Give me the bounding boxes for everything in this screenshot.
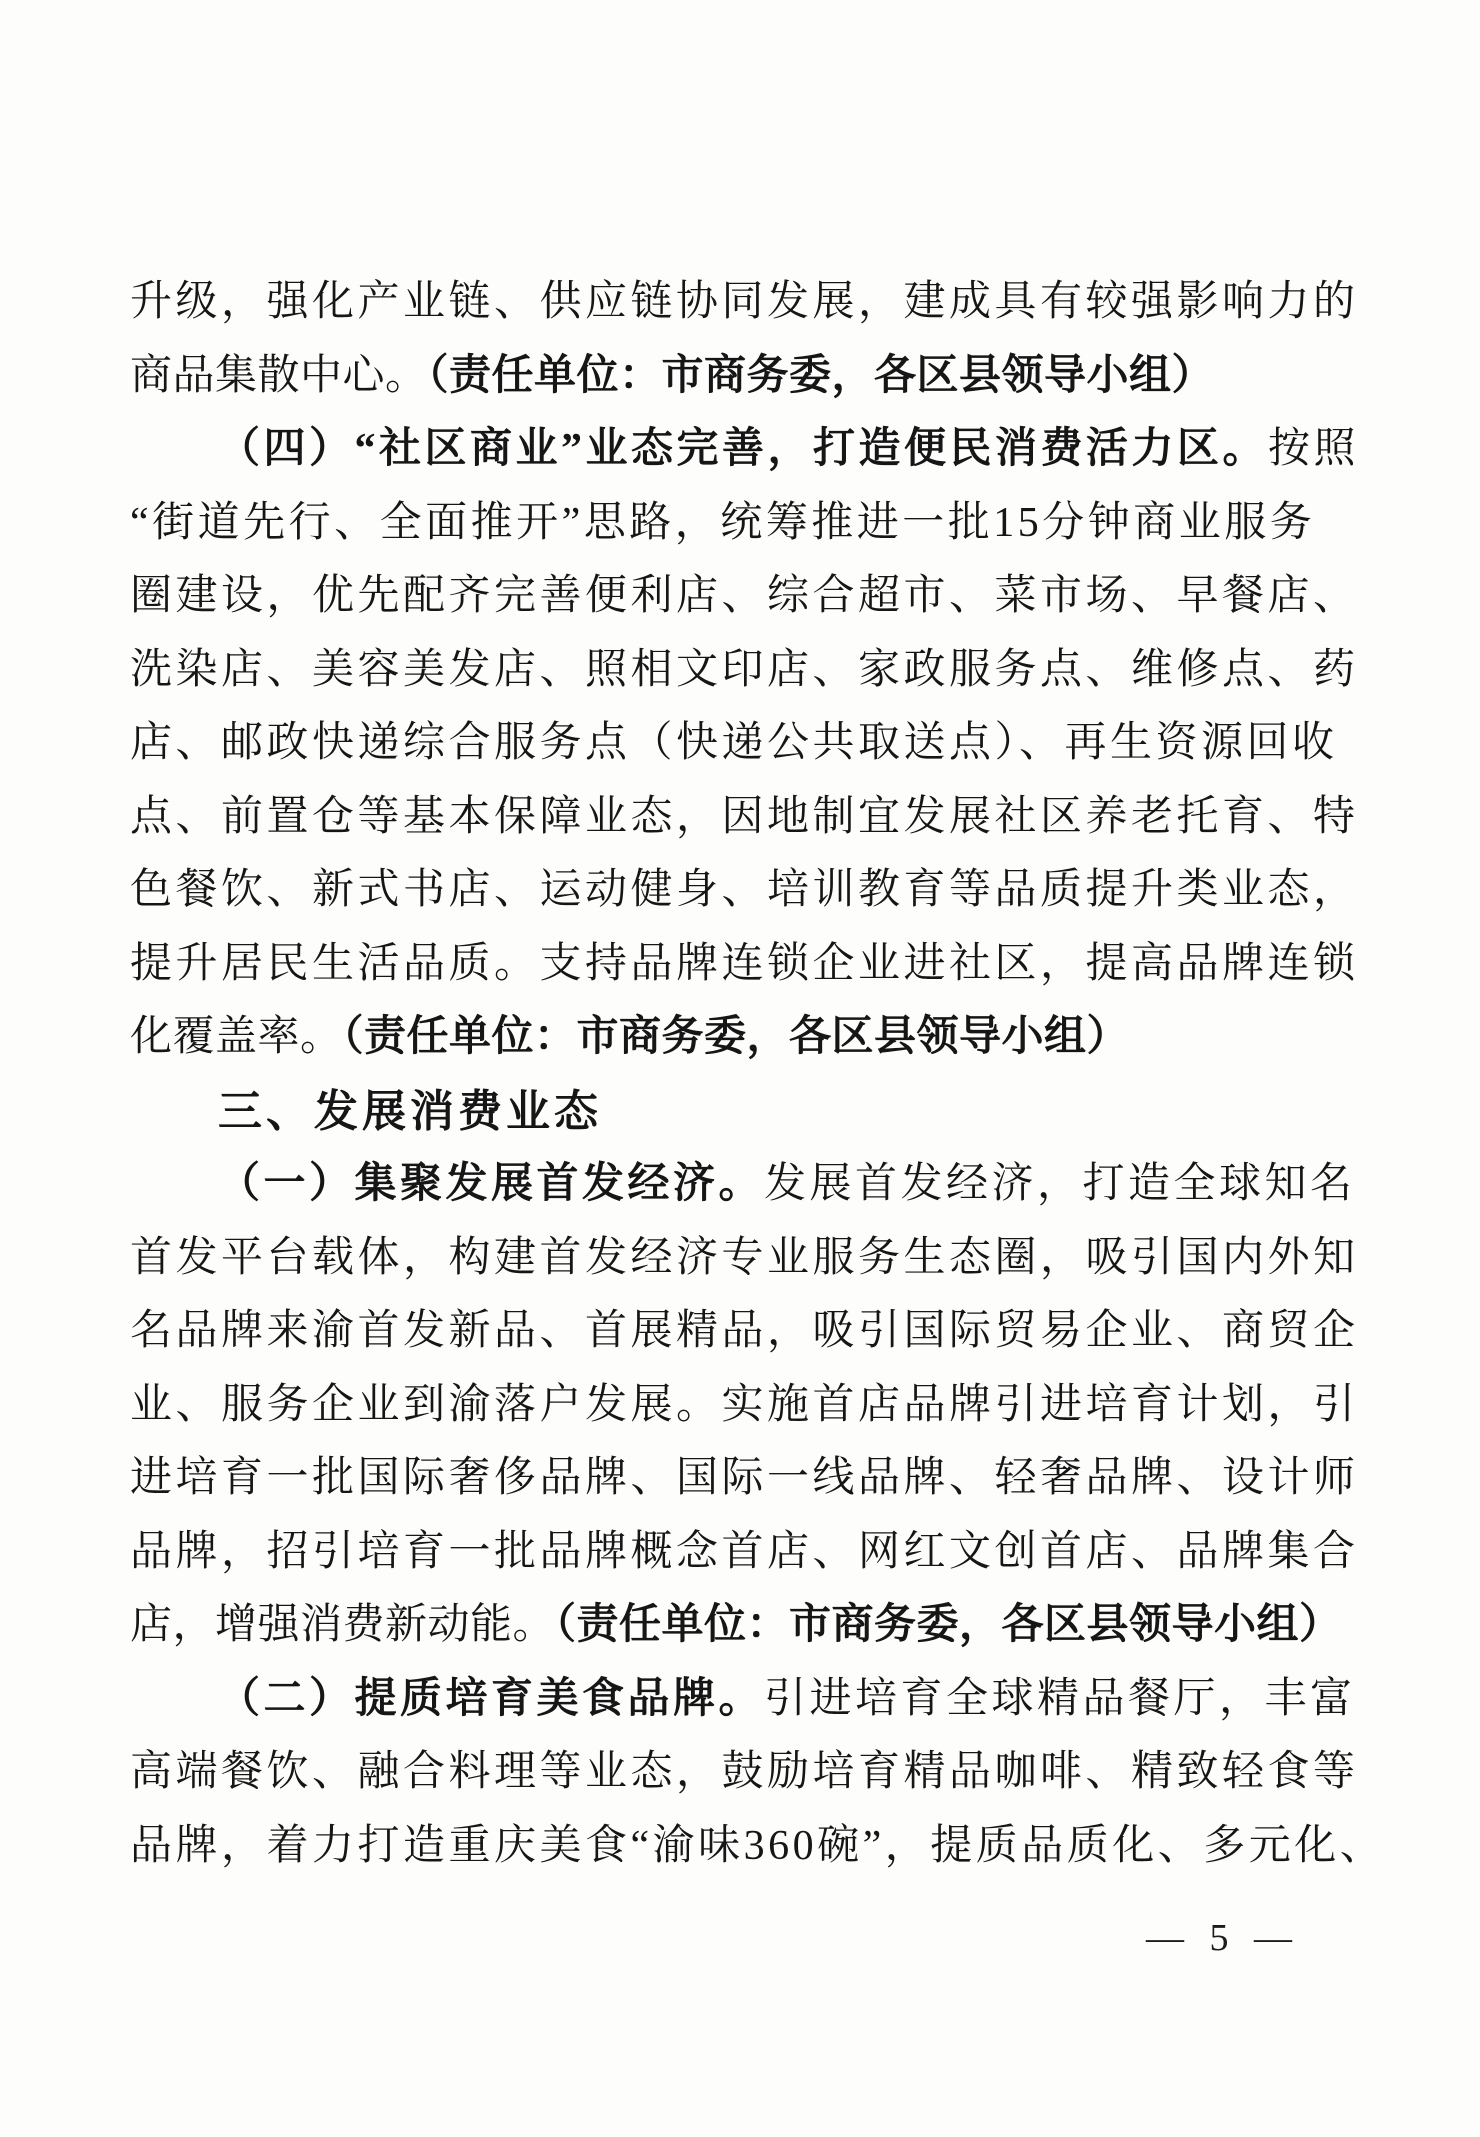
- text-line: 点、前置仓等基本保障业态，因地制宜发展社区养老托育、特: [130, 781, 1354, 855]
- emphasis-segment: （责任单位：市商务委，各区县领导小组）: [428, 353, 1215, 399]
- text-segment: 品牌，招引培育一批品牌概念首店、网红文创首店、品牌集合: [130, 1529, 1359, 1575]
- text-line: 化覆盖率。（责任单位：市商务委，各区县领导小组）: [130, 1001, 1354, 1075]
- document-body: 升级，强化产业链、供应链协同发展，建成具有较强影响力的商品集散中心。（责任单位：…: [130, 266, 1354, 1883]
- text-segment: 洗染店、美容美发店、照相文印店、家政服务点、维修点、药: [130, 647, 1359, 693]
- text-line: 色餐饮、新式书店、运动健身、培训教育等品质提升类业态，: [130, 854, 1354, 928]
- emphasis-segment: 三、发展消费业态: [218, 1087, 602, 1136]
- emphasis-segment: （责任单位：市商务委，各区县领导小组）: [343, 1014, 1130, 1060]
- text-segment: “街道先行、全面推开”思路，统筹推进一批15分钟商业服务: [130, 500, 1315, 546]
- text-segment: 升级，强化产业链、供应链协同发展，建成具有较强影响力的: [130, 279, 1359, 325]
- section-heading: 三、发展消费业态: [130, 1075, 1354, 1149]
- emphasis-segment: （一）集聚发展首发经济。: [218, 1161, 764, 1207]
- text-line: 商品集散中心。（责任单位：市商务委，各区县领导小组）: [130, 340, 1354, 414]
- text-line: 提升居民生活品质。支持品牌连锁企业进社区，提高品牌连锁: [130, 928, 1354, 1002]
- text-line: 高端餐饮、融合料理等业态，鼓励培育精品咖啡、精致轻食等: [130, 1736, 1354, 1810]
- emphasis-segment: （二）提质培育美食品牌。: [218, 1676, 764, 1722]
- text-line: “街道先行、全面推开”思路，统筹推进一批15分钟商业服务: [130, 487, 1354, 561]
- text-segment: 店，增强消费新动能。: [130, 1602, 555, 1648]
- text-segment: 品牌，着力打造重庆美食“渝味360碗”，提质品质化、多元化、: [130, 1823, 1385, 1869]
- text-line: 首发平台载体，构建首发经济专业服务生态圈，吸引国内外知: [130, 1222, 1354, 1296]
- text-segment: 提升居民生活品质。支持品牌连锁企业进社区，提高品牌连锁: [130, 941, 1359, 987]
- text-segment: 高端餐饮、融合料理等业态，鼓励培育精品咖啡、精致轻食等: [130, 1749, 1359, 1795]
- emphasis-segment: （责任单位：市商务委，各区县领导小组）: [555, 1602, 1342, 1648]
- text-segment: 引进培育全球精品餐厅，丰富: [764, 1676, 1356, 1722]
- text-segment: 商品集散中心。: [130, 353, 428, 399]
- text-segment: 发展首发经济，打造全球知名: [764, 1161, 1356, 1207]
- text-line: （四）“社区商业”业态完善，打造便民消费活力区。按照: [130, 413, 1354, 487]
- document-page: 升级，强化产业链、供应链协同发展，建成具有较强影响力的商品集散中心。（责任单位：…: [0, 0, 1480, 2137]
- page-number: — 5 —: [1146, 1916, 1300, 1960]
- text-line: 名品牌来渝首发新品、首展精品，吸引国际贸易企业、商贸企: [130, 1295, 1354, 1369]
- text-line: （二）提质培育美食品牌。引进培育全球精品餐厅，丰富: [130, 1663, 1354, 1737]
- text-line: 升级，强化产业链、供应链协同发展，建成具有较强影响力的: [130, 266, 1354, 340]
- text-segment: 名品牌来渝首发新品、首展精品，吸引国际贸易企业、商贸企: [130, 1308, 1359, 1354]
- text-segment: 色餐饮、新式书店、运动健身、培训教育等品质提升类业态，: [130, 867, 1359, 913]
- emphasis-segment: （四）“社区商业”业态完善，打造便民消费活力区。: [218, 426, 1268, 472]
- text-line: 业、服务企业到渝落户发展。实施首店品牌引进培育计划，引: [130, 1369, 1354, 1443]
- text-line: 圈建设，优先配齐完善便利店、综合超市、菜市场、早餐店、: [130, 560, 1354, 634]
- text-line: 进培育一批国际奢侈品牌、国际一线品牌、轻奢品牌、设计师: [130, 1442, 1354, 1516]
- text-segment: 化覆盖率。: [130, 1014, 343, 1060]
- text-segment: 业、服务企业到渝落户发展。实施首店品牌引进培育计划，引: [130, 1382, 1359, 1428]
- text-line: 品牌，招引培育一批品牌概念首店、网红文创首店、品牌集合: [130, 1516, 1354, 1590]
- text-line: 品牌，着力打造重庆美食“渝味360碗”，提质品质化、多元化、: [130, 1810, 1354, 1884]
- text-line: 店，增强消费新动能。（责任单位：市商务委，各区县领导小组）: [130, 1589, 1354, 1663]
- text-segment: 按照: [1268, 426, 1359, 472]
- text-line: 店、邮政快递综合服务点（快递公共取送点）、再生资源回收: [130, 707, 1354, 781]
- text-segment: 圈建设，优先配齐完善便利店、综合超市、菜市场、早餐店、: [130, 573, 1359, 619]
- text-segment: 点、前置仓等基本保障业态，因地制宜发展社区养老托育、特: [130, 794, 1359, 840]
- text-segment: 进培育一批国际奢侈品牌、国际一线品牌、轻奢品牌、设计师: [130, 1455, 1359, 1501]
- text-line: 洗染店、美容美发店、照相文印店、家政服务点、维修点、药: [130, 634, 1354, 708]
- text-segment: 店、邮政快递综合服务点（快递公共取送点）、再生资源回收: [130, 720, 1338, 766]
- text-line: （一）集聚发展首发经济。发展首发经济，打造全球知名: [130, 1148, 1354, 1222]
- text-segment: 首发平台载体，构建首发经济专业服务生态圈，吸引国内外知: [130, 1235, 1359, 1281]
